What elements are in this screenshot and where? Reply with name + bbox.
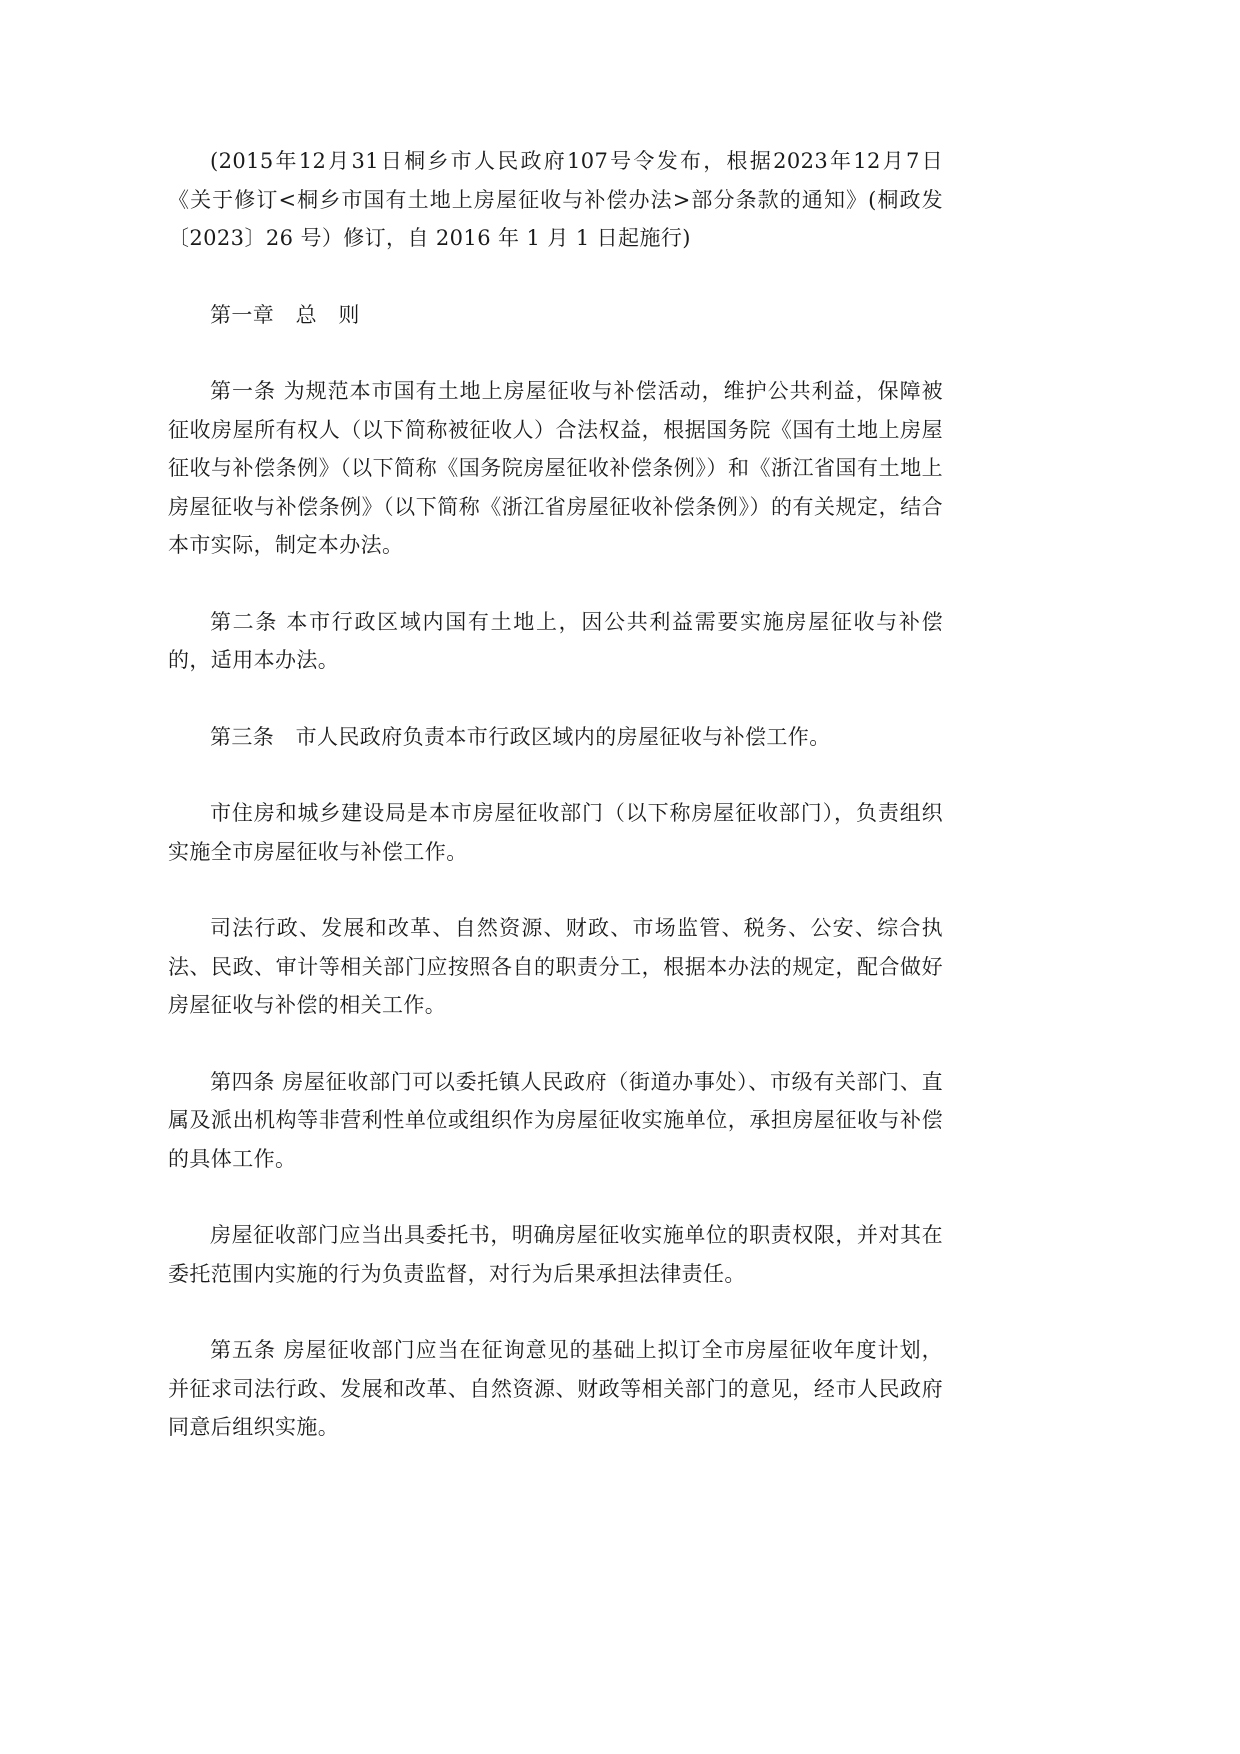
article-2: 第二条 本市行政区域内国有土地上，因公共利益需要实施房屋征收与补偿的，适用本办法… bbox=[168, 603, 943, 680]
preamble: (2015年12月31日桐乡市人民政府107号令发布，根据2023年12月7日 … bbox=[168, 142, 943, 258]
article-3-para-3: 司法行政、发展和改革、自然资源、财政、市场监管、税务、公安、综合执法、民政、审计… bbox=[168, 909, 943, 1025]
article-3: 第三条 市人民政府负责本市行政区域内的房屋征收与补偿工作。 bbox=[168, 718, 943, 757]
article-5: 第五条 房屋征收部门应当在征询意见的基础上拟订全市房屋征收年度计划，并征求司法行… bbox=[168, 1331, 943, 1447]
article-4: 第四条 房屋征收部门可以委托镇人民政府（街道办事处）、市级有关部门、直属及派出机… bbox=[168, 1063, 943, 1179]
chapter-heading: 第一章 总 则 bbox=[168, 296, 943, 335]
article-4-para-2: 房屋征收部门应当出具委托书，明确房屋征收实施单位的职责权限，并对其在委托范围内实… bbox=[168, 1216, 943, 1293]
article-3-para-2: 市住房和城乡建设局是本市房屋征收部门（以下称房屋征收部门），负责组织实施全市房屋… bbox=[168, 794, 943, 871]
article-1: 第一条 为规范本市国有土地上房屋征收与补偿活动，维护公共利益，保障被征收房屋所有… bbox=[168, 372, 943, 565]
document-page: (2015年12月31日桐乡市人民政府107号令发布，根据2023年12月7日 … bbox=[168, 142, 943, 1485]
